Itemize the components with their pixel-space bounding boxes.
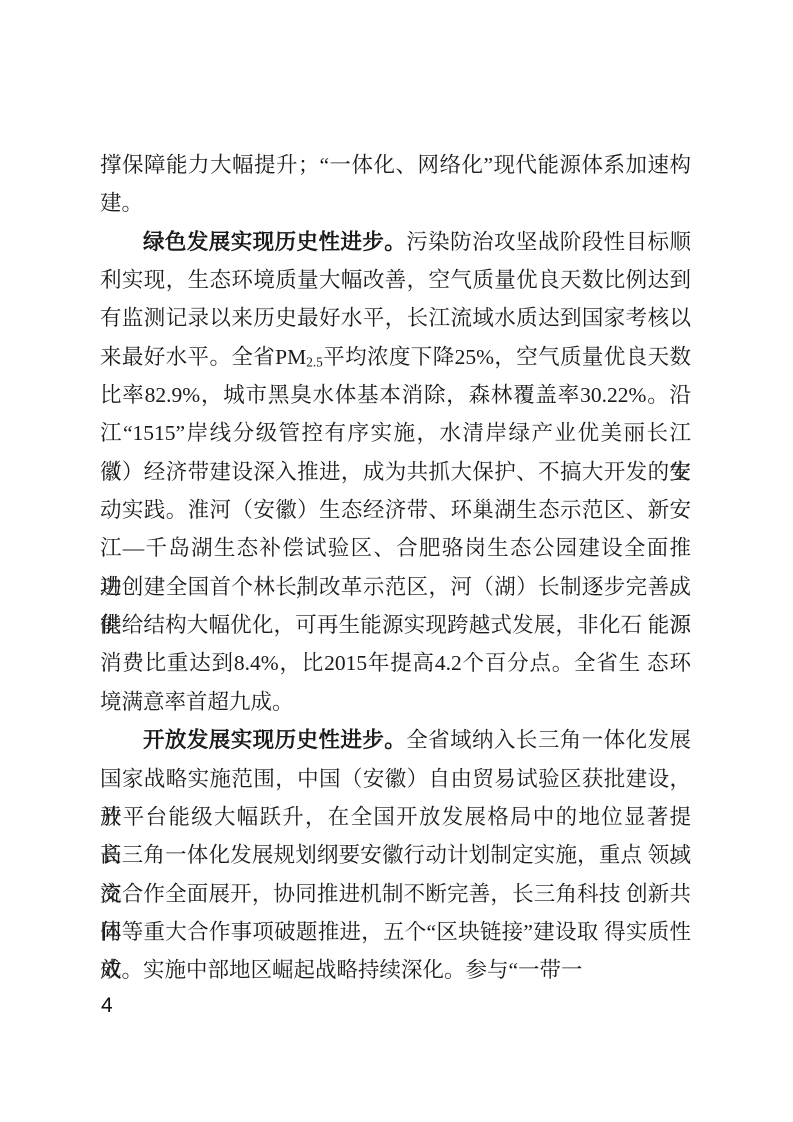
text-line: 效。实施中部地区崛起战略持续深化。参与“一带一 bbox=[100, 951, 691, 989]
text-line: 有监测记录以来历史最好水平，长江流域水质达到国家考核以 bbox=[100, 299, 691, 337]
text-line: 利实现，生态环境质量大幅改善，空气质量优良天数比例达到 bbox=[100, 261, 691, 299]
text-line: 开放发展实现历史性进步。全省域纳入长三角一体化发展 bbox=[100, 721, 691, 759]
text-line: 放平台能级大幅跃升，在全国开放发展格局中的地位显著提 高。 bbox=[100, 798, 691, 836]
text-line: 建。 bbox=[100, 184, 691, 222]
paragraph-heading-green-development: 绿色发展实现历史性进步。 bbox=[143, 230, 406, 254]
text-line: 比率82.9%，城市黑臭水体基本消除，森林覆盖率30.22%。沿 bbox=[100, 376, 691, 414]
text-line: 江—千岛湖生态补偿试验区、合肥骆岗生态公园建设全面推进， 成 bbox=[100, 529, 691, 567]
text-line: 江“1515”岸线分级管控有序实施，水清岸绿产业优美丽长江（安 bbox=[100, 414, 691, 452]
pm25-subscript: 2.5 bbox=[306, 354, 323, 369]
line-text: 来最好水平。全省PM bbox=[100, 345, 306, 369]
text-line: 境满意率首超九成。 bbox=[100, 683, 691, 721]
text-line: 动实践。淮河（安徽）生态经济带、环巢湖生态示范区、新安 bbox=[100, 491, 691, 529]
text-line: 功创建全国首个林长制改革示范区，河（湖）长制逐步完善。 能源 bbox=[100, 568, 691, 606]
page-number: 4 bbox=[101, 994, 113, 1018]
text-line: 长三角一体化发展规划纲要安徽行动计划制定实施，重点 领域交 bbox=[100, 836, 691, 874]
text-line: 国家战略实施范围，中国（安徽）自由贸易试验区获批建设， 开 bbox=[100, 760, 691, 798]
text-line: 徽）经济带建设深入推进，成为共抓大保护、不搞大开发的生 bbox=[100, 453, 691, 491]
line-text: 污染防治攻坚战阶段性目标顺 bbox=[406, 230, 691, 254]
line-text: 全省域纳入长三角一体化发展 bbox=[406, 728, 691, 752]
text-line: 来最好水平。全省PM2.5平均浓度下降25%，空气质量优良天数 bbox=[100, 338, 691, 376]
line-text: 平均浓度下降25%，空气质量优良天数 bbox=[323, 345, 691, 369]
text-line: 撑保障能力大幅提升；“一体化、网络化”现代能源体系加速构 bbox=[100, 146, 691, 184]
text-line: 消费比重达到8.4%，比2015年提高4.2个百分点。全省生 态环 bbox=[100, 644, 691, 682]
paragraph-heading-open-development: 开放发展实现历史性进步。 bbox=[143, 728, 406, 752]
text-line: 供给结构大幅优化，可再生能源实现跨越式发展，非化石 能源 bbox=[100, 606, 691, 644]
text-line: 流合作全面展开，协同推进机制不断完善，长三角科技 创新共同 bbox=[100, 875, 691, 913]
text-line: 体等重大合作事项破题推进，五个“区块链接”建设取 得实质性成 bbox=[100, 913, 691, 951]
document-page: 撑保障能力大幅提升；“一体化、网络化”现代能源体系加速构 建。 绿色发展实现历史… bbox=[0, 0, 793, 1122]
document-text-block: 撑保障能力大幅提升；“一体化、网络化”现代能源体系加速构 建。 绿色发展实现历史… bbox=[100, 146, 691, 990]
text-line: 绿色发展实现历史性进步。污染防治攻坚战阶段性目标顺 bbox=[100, 223, 691, 261]
